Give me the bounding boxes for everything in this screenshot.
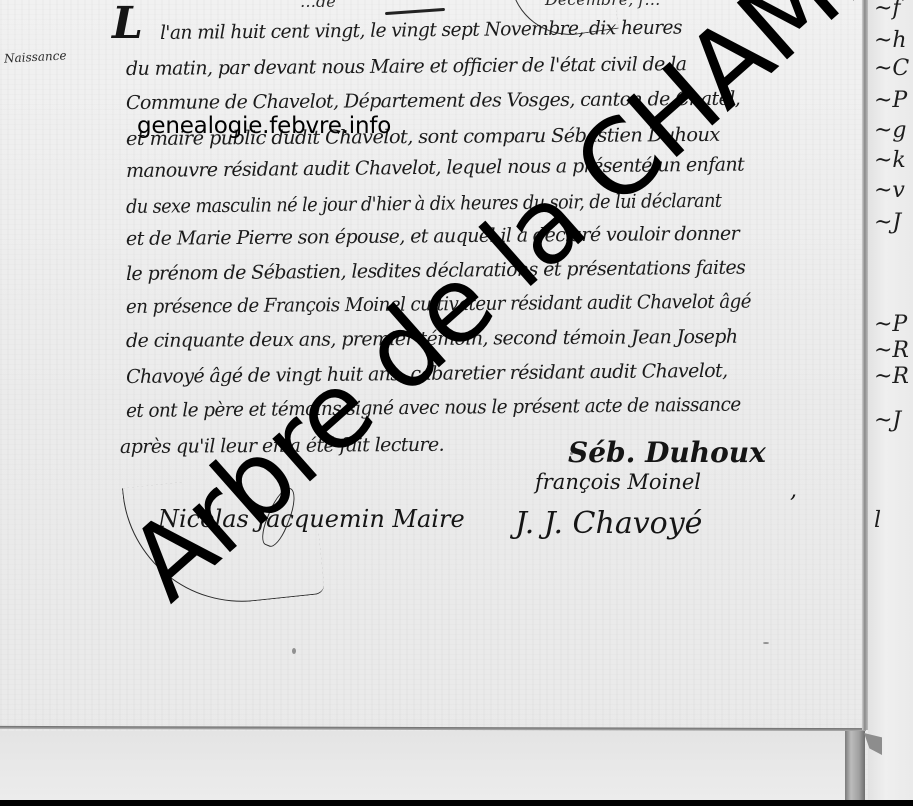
margin-note: Naissance bbox=[4, 48, 67, 65]
right-page-fragment: ~P bbox=[874, 312, 907, 337]
paper-speck bbox=[763, 642, 769, 644]
right-page-fragment: ~C bbox=[874, 56, 909, 81]
paper-speck bbox=[570, 452, 573, 455]
paper-speck bbox=[292, 648, 296, 654]
initial-letter: L bbox=[112, 2, 143, 46]
right-page-fragment: ~R bbox=[874, 338, 909, 363]
signature-mark: , bbox=[790, 478, 797, 503]
right-page-fragment: ~k bbox=[874, 148, 906, 173]
right-page-fragment: ~J bbox=[874, 408, 901, 433]
witness-2-signature: J. J. Chavoyé bbox=[515, 506, 702, 541]
scanned-register-page: …de Décembre, f… Naissance L l'an mil hu… bbox=[0, 0, 913, 800]
right-page-fragment: ~h bbox=[874, 28, 907, 53]
record-line-2: du matin, par devant nous Maire et offic… bbox=[126, 53, 687, 80]
record-line-1: l'an mil huit cent vingt, le vingt sept … bbox=[160, 17, 682, 44]
right-page-fragment: ~v bbox=[874, 178, 905, 203]
right-page-fragment: ~g bbox=[874, 118, 907, 143]
father-signature: Séb. Duhoux bbox=[568, 436, 766, 469]
binding-shadow bbox=[845, 731, 865, 800]
top-fragment-1: …de bbox=[300, 0, 336, 11]
top-flourish bbox=[385, 8, 445, 15]
right-page-edge: ~f ~h ~C ~P ~g ~k ~v ~J ~P ~R ~R ~J l bbox=[868, 0, 913, 800]
right-page-fragment: ~P bbox=[874, 88, 907, 113]
right-page-fragment: ~R bbox=[874, 364, 909, 389]
top-fragment-2: Décembre, f… bbox=[545, 0, 660, 9]
lower-sheet bbox=[0, 731, 845, 800]
right-page-fragment: ~J bbox=[874, 210, 901, 235]
witness-1-signature: françois Moinel bbox=[535, 470, 701, 494]
site-watermark: genealogie.febvre.info bbox=[137, 115, 391, 138]
bottom-black-bar bbox=[0, 800, 913, 806]
right-page-fragment: l bbox=[874, 508, 881, 533]
